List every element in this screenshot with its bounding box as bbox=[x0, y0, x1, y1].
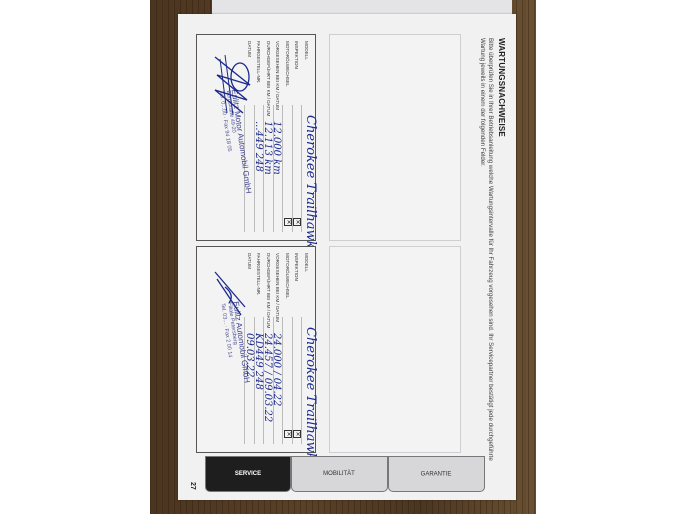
tab-garantie: GARANTIE bbox=[388, 456, 485, 492]
tab-label: GARANTIE bbox=[421, 471, 452, 477]
checkbox-motoroel: ✕ bbox=[284, 218, 292, 226]
signature-scribble bbox=[210, 55, 255, 115]
section-tabs: SERVICE MOBILITÄT GARANTIE bbox=[191, 456, 501, 490]
handwritten-model: Cherokee Trailhawk bbox=[303, 115, 318, 249]
service-box-empty-1 bbox=[329, 34, 461, 241]
checkbox-inspektion: ✕ bbox=[293, 218, 301, 226]
service-box-empty-2 bbox=[329, 246, 461, 453]
tab-label: MOBILITÄT bbox=[324, 471, 356, 477]
checkbox-motoroel: ✕ bbox=[284, 430, 292, 438]
checkbox-inspektion: ✕ bbox=[293, 430, 301, 438]
intro-text: Bitte überprüfen Sie in Ihrer Betriebsan… bbox=[478, 38, 494, 478]
signature-scribble bbox=[210, 267, 255, 327]
tab-label: SERVICE bbox=[235, 471, 261, 477]
page-title: WARTUNGSNACHWEISE bbox=[497, 38, 506, 137]
handwritten-model: Cherokee Trailhawk bbox=[303, 327, 318, 461]
photo: WARTUNGSNACHWEISE Bitte überprüfen Sie i… bbox=[150, 0, 536, 514]
tab-mobilitaet: MOBILITÄT bbox=[291, 456, 388, 492]
handwritten-fahrgestell: ...449 248 bbox=[253, 121, 264, 172]
service-box-1: MODELL INSPEKTION MOTORÖLWECHSEL VORGESE… bbox=[196, 34, 316, 241]
tab-service: SERVICE bbox=[205, 456, 291, 492]
booklet-page: WARTUNGSNACHWEISE Bitte überprüfen Sie i… bbox=[178, 14, 516, 500]
booklet-page-frame: WARTUNGSNACHWEISE Bitte überprüfen Sie i… bbox=[178, 14, 516, 500]
service-box-2: MODELL INSPEKTION MOTORÖLWECHSEL VORGESE… bbox=[196, 246, 316, 453]
